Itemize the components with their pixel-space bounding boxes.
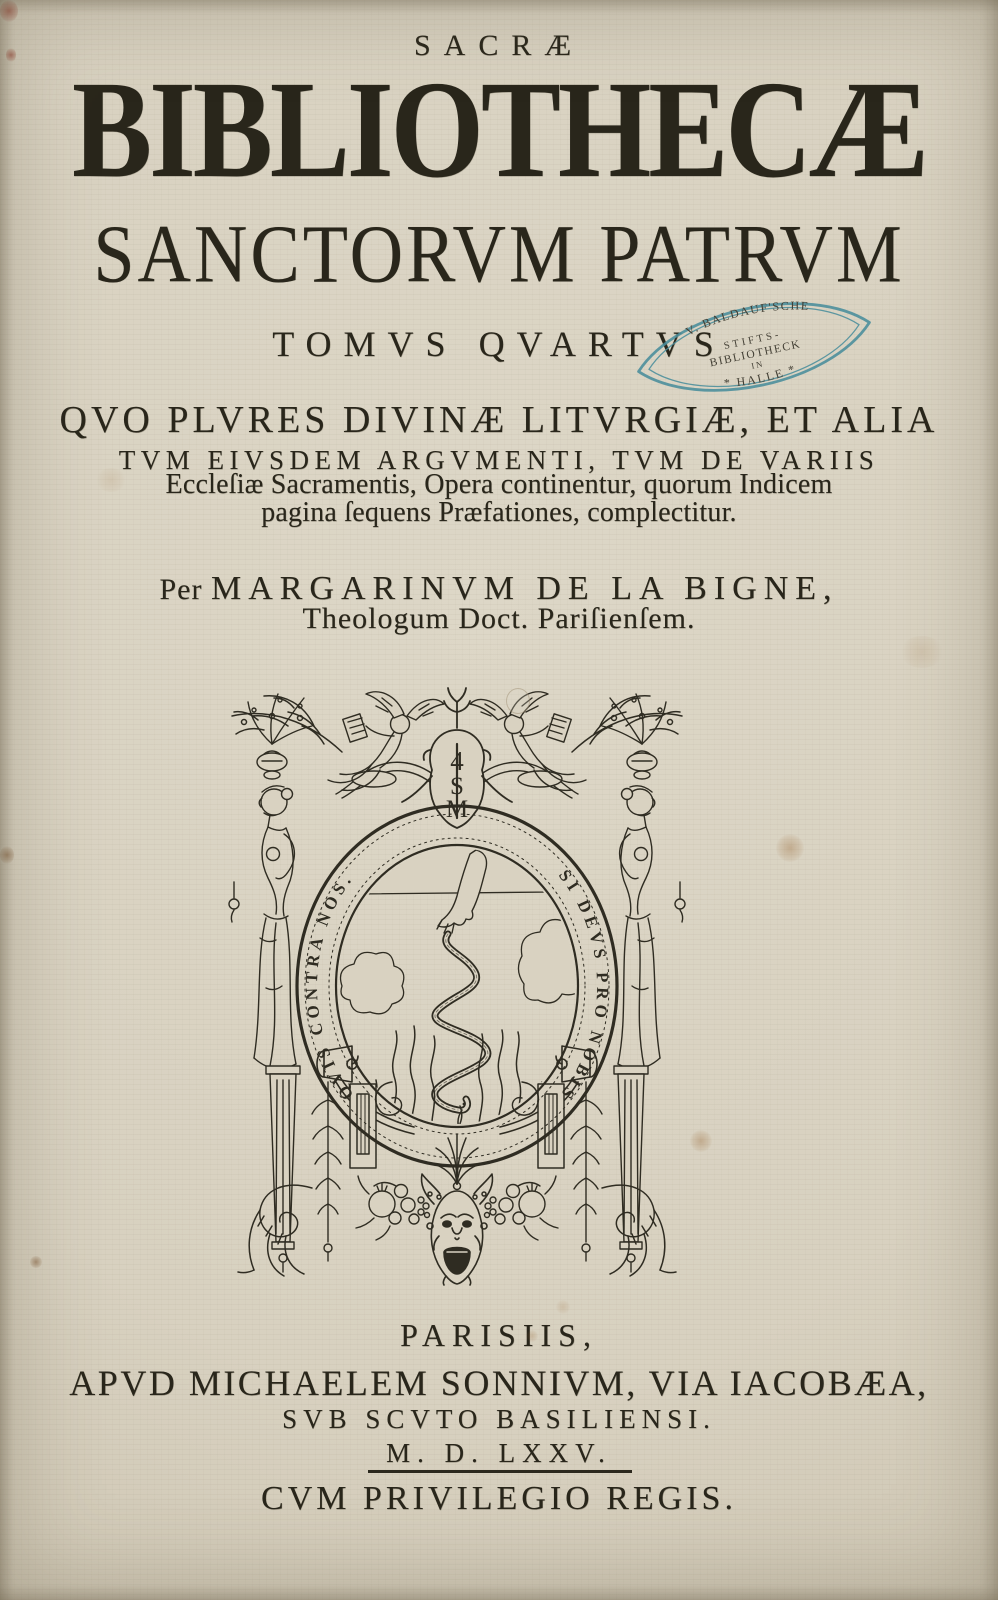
monogram-m: M [446, 796, 468, 823]
stamp-arc-text: V. BALDAUF'SCHE [681, 290, 812, 339]
year-rule [368, 1470, 632, 1473]
imprint-city: PARISIIS, [0, 1319, 998, 1351]
monogram-4: 4 [450, 746, 464, 776]
grotesque-mask-icon [422, 1174, 493, 1285]
foxing-spot [900, 636, 944, 668]
imprint-address: SVB SCVTO BASILIENSI. [0, 1406, 998, 1433]
subtitle: SANCTORVM PATRVM [0, 213, 998, 296]
argument-line-1: QVO PLVRES DIVINÆ LITVRGIÆ, ET ALIA [0, 401, 998, 439]
red-mark [0, 0, 18, 22]
main-title: BIBLIOTHECÆ [0, 60, 998, 199]
stamp-line-3: IN [750, 358, 765, 370]
library-stamp: V. BALDAUF'SCHE STIFTS- BIBLIOTHECK IN *… [628, 288, 880, 406]
author-prefix: Per [159, 573, 211, 606]
flames-icon [373, 1026, 543, 1156]
foxing-spot [0, 846, 14, 864]
argument-line-3: Eccleſiæ Sacramentis, Opera continentur,… [0, 471, 998, 499]
title-page: SACRÆ BIBLIOTHECÆ SANCTORVM PATRVM TOMVS… [0, 0, 998, 1600]
fruit-garland-icon [356, 1176, 430, 1240]
imprint-privilege: CVM PRIVILEGIO REGIS. [0, 1482, 998, 1516]
author-line: Per MARGARINVM DE LA BIGNE, [0, 572, 998, 606]
foxing-spot [690, 1130, 712, 1152]
argument-line-4: pagina ſequens Præfationes, complectitur… [0, 499, 998, 527]
foxing-spot [776, 834, 804, 862]
author-subline: Theologum Doct. Pariſienſem. [0, 604, 998, 634]
foxing-spot [556, 1300, 570, 1314]
foxing-spot [30, 1256, 42, 1268]
imprint-year: M. D. LXXV. [0, 1440, 998, 1467]
svg-text:V. BALDAUF'SCHE: V. BALDAUF'SCHE [681, 290, 812, 339]
strapwork-pilaster [350, 1082, 402, 1168]
imprint-publisher: APVD MICHAELEM SONNIVM, VIA IACOBÆA, [0, 1365, 998, 1401]
printers-device-engraving: 4 S M QVIS CONTRA NOS. SI DEVS PRO NOBIS [224, 686, 690, 1286]
